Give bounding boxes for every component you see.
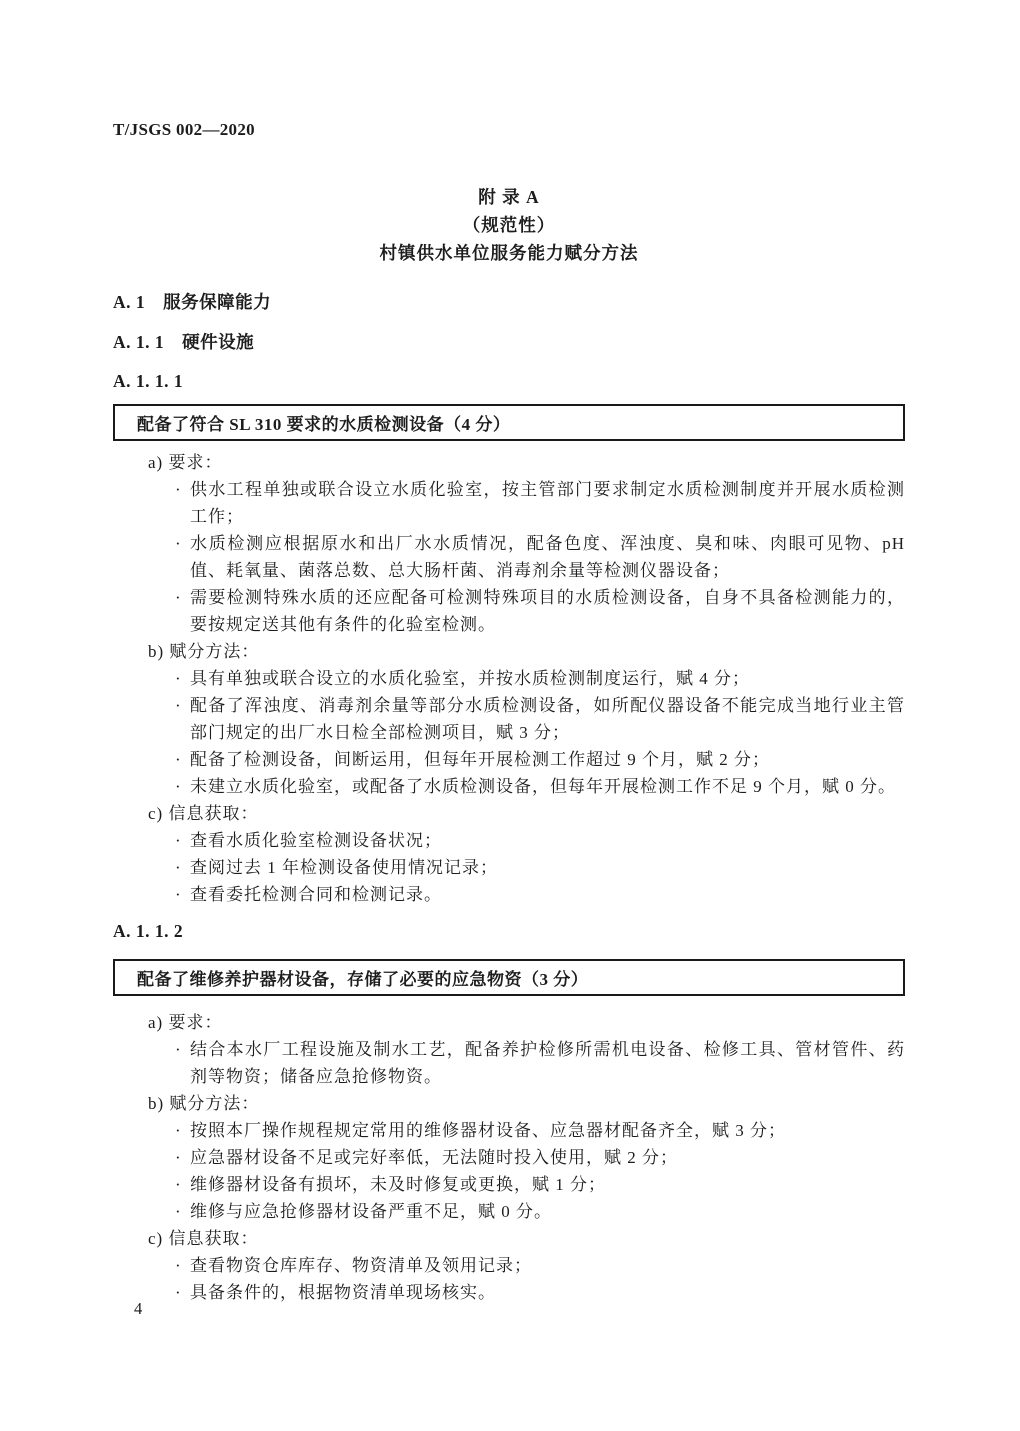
list-label-c: c) 信息获取： (113, 1225, 905, 1252)
section-2-content: a) 要求： ·结合本水厂工程设施及制水工艺，配备养护检修所需机电设备、检修工具… (113, 1009, 905, 1306)
bullet-icon: · (175, 665, 182, 692)
bullet-text: 维修器材设备有损坏，未及时修复或更换，赋 1 分； (190, 1175, 606, 1194)
heading-a1-1-1: A. 1. 1. 1 (113, 367, 905, 395)
bullet-item: ·维修器材设备有损坏，未及时修复或更换，赋 1 分； (113, 1171, 905, 1198)
bullet-item: ·具有单独或联合设立的水质化验室，并按水质检测制度运行，赋 4 分； (113, 665, 905, 692)
bullet-text: 配备了检测设备，间断运用，但每年开展检测工作超过 9 个月，赋 2 分； (190, 750, 770, 769)
criterion-box-2: 配备了维修养护器材设备，存储了必要的应急物资（3 分） (113, 959, 905, 996)
bullet-item: ·水质检测应根据原水和出厂水水质情况，配备色度、浑浊度、臭和味、肉眼可见物、pH… (113, 530, 905, 584)
bullet-item: ·维修与应急抢修器材设备严重不足，赋 0 分。 (113, 1198, 905, 1225)
bullet-text: 具备条件的，根据物资清单现场核实。 (190, 1283, 496, 1302)
bullet-item: ·结合本水厂工程设施及制水工艺，配备养护检修所需机电设备、检修工具、管材管件、药… (113, 1036, 905, 1090)
bullet-text: 查阅过去 1 年检测设备使用情况记录； (190, 858, 498, 877)
bullet-icon: · (175, 584, 182, 611)
appendix-normative: （规范性） (113, 211, 905, 239)
list-label-c: c) 信息获取： (113, 800, 905, 827)
bullet-item: ·查阅过去 1 年检测设备使用情况记录； (113, 854, 905, 881)
heading-a1: A. 1 服务保障能力 (113, 288, 905, 316)
criterion-box-1: 配备了符合 SL 310 要求的水质检测设备（4 分） (113, 404, 905, 441)
bullet-item: ·应急器材设备不足或完好率低，无法随时投入使用，赋 2 分； (113, 1144, 905, 1171)
bullet-text: 查看物资仓库库存、物资清单及领用记录； (190, 1256, 532, 1275)
bullet-icon: · (175, 773, 182, 800)
bullet-text: 具有单独或联合设立的水质化验室，并按水质检测制度运行，赋 4 分； (190, 669, 750, 688)
list-label-b: b) 赋分方法： (113, 1090, 905, 1117)
list-label-a: a) 要求： (113, 1009, 905, 1036)
bullet-item: ·配备了检测设备，间断运用，但每年开展检测工作超过 9 个月，赋 2 分； (113, 746, 905, 773)
bullet-text: 供水工程单独或联合设立水质化验室，按主管部门要求制定水质检测制度并开展水质检测工… (190, 480, 905, 526)
bullet-item: ·查看水质化验室检测设备状况； (113, 827, 905, 854)
bullet-item: ·按照本厂操作规程规定常用的维修器材设备、应急器材配备齐全，赋 3 分； (113, 1117, 905, 1144)
bullet-item: ·未建立水质化验室，或配备了水质检测设备，但每年开展检测工作不足 9 个月，赋 … (113, 773, 905, 800)
heading-a1-1: A. 1. 1 硬件设施 (113, 328, 905, 356)
bullet-icon: · (175, 1036, 182, 1063)
bullet-text: 按照本厂操作规程规定常用的维修器材设备、应急器材配备齐全，赋 3 分； (190, 1121, 786, 1140)
bullet-icon: · (175, 881, 182, 908)
page-number: 4 (134, 1298, 142, 1320)
bullet-item: ·需要检测特殊水质的还应配备可检测特殊项目的水质检测设备，自身不具备检测能力的，… (113, 584, 905, 638)
bullet-item: ·查看物资仓库库存、物资清单及领用记录； (113, 1252, 905, 1279)
criterion-box-1-title: 配备了符合 SL 310 要求的水质检测设备（4 分） (137, 410, 510, 435)
bullet-icon: · (175, 1279, 182, 1306)
appendix-title: 村镇供水单位服务能力赋分方法 (113, 239, 905, 267)
document-page: T/JSGS 002—2020 附 录 A （规范性） 村镇供水单位服务能力赋分… (0, 0, 1020, 1431)
bullet-text: 需要检测特殊水质的还应配备可检测特殊项目的水质检测设备，自身不具备检测能力的，要… (190, 588, 905, 634)
bullet-item: ·具备条件的，根据物资清单现场核实。 (113, 1279, 905, 1306)
bullet-text: 维修与应急抢修器材设备严重不足，赋 0 分。 (190, 1202, 552, 1221)
bullet-item: ·供水工程单独或联合设立水质化验室，按主管部门要求制定水质检测制度并开展水质检测… (113, 476, 905, 530)
appendix-title-block: 附 录 A （规范性） 村镇供水单位服务能力赋分方法 (113, 183, 905, 267)
bullet-icon: · (175, 692, 182, 719)
list-label-a: a) 要求： (113, 449, 905, 476)
appendix-label: 附 录 A (113, 183, 905, 211)
bullet-text: 未建立水质化验室，或配备了水质检测设备，但每年开展检测工作不足 9 个月，赋 0… (190, 777, 896, 796)
bullet-icon: · (175, 1144, 182, 1171)
bullet-text: 查看委托检测合同和检测记录。 (190, 885, 442, 904)
criterion-box-2-title: 配备了维修养护器材设备，存储了必要的应急物资（3 分） (137, 965, 588, 990)
bullet-icon: · (175, 1252, 182, 1279)
heading-a1-1-2: A. 1. 1. 2 (113, 917, 905, 945)
bullet-text: 配备了浑浊度、消毒剂余量等部分水质检测设备，如所配仪器设备不能完成当地行业主管部… (190, 696, 905, 742)
bullet-icon: · (175, 476, 182, 503)
bullet-icon: · (175, 1171, 182, 1198)
bullet-text: 应急器材设备不足或完好率低，无法随时投入使用，赋 2 分； (190, 1148, 678, 1167)
bullet-icon: · (175, 746, 182, 773)
bullet-item: ·配备了浑浊度、消毒剂余量等部分水质检测设备，如所配仪器设备不能完成当地行业主管… (113, 692, 905, 746)
bullet-icon: · (175, 854, 182, 881)
bullet-icon: · (175, 1198, 182, 1225)
bullet-item: ·查看委托检测合同和检测记录。 (113, 881, 905, 908)
section-1-content: a) 要求： ·供水工程单独或联合设立水质化验室，按主管部门要求制定水质检测制度… (113, 449, 905, 908)
bullet-text: 查看水质化验室检测设备状况； (190, 831, 442, 850)
bullet-icon: · (175, 827, 182, 854)
bullet-icon: · (175, 1117, 182, 1144)
bullet-icon: · (175, 530, 182, 557)
list-label-b: b) 赋分方法： (113, 638, 905, 665)
bullet-text: 水质检测应根据原水和出厂水水质情况，配备色度、浑浊度、臭和味、肉眼可见物、pH … (190, 534, 905, 580)
doc-code: T/JSGS 002—2020 (113, 120, 905, 140)
bullet-text: 结合本水厂工程设施及制水工艺，配备养护检修所需机电设备、检修工具、管材管件、药剂… (190, 1040, 905, 1086)
